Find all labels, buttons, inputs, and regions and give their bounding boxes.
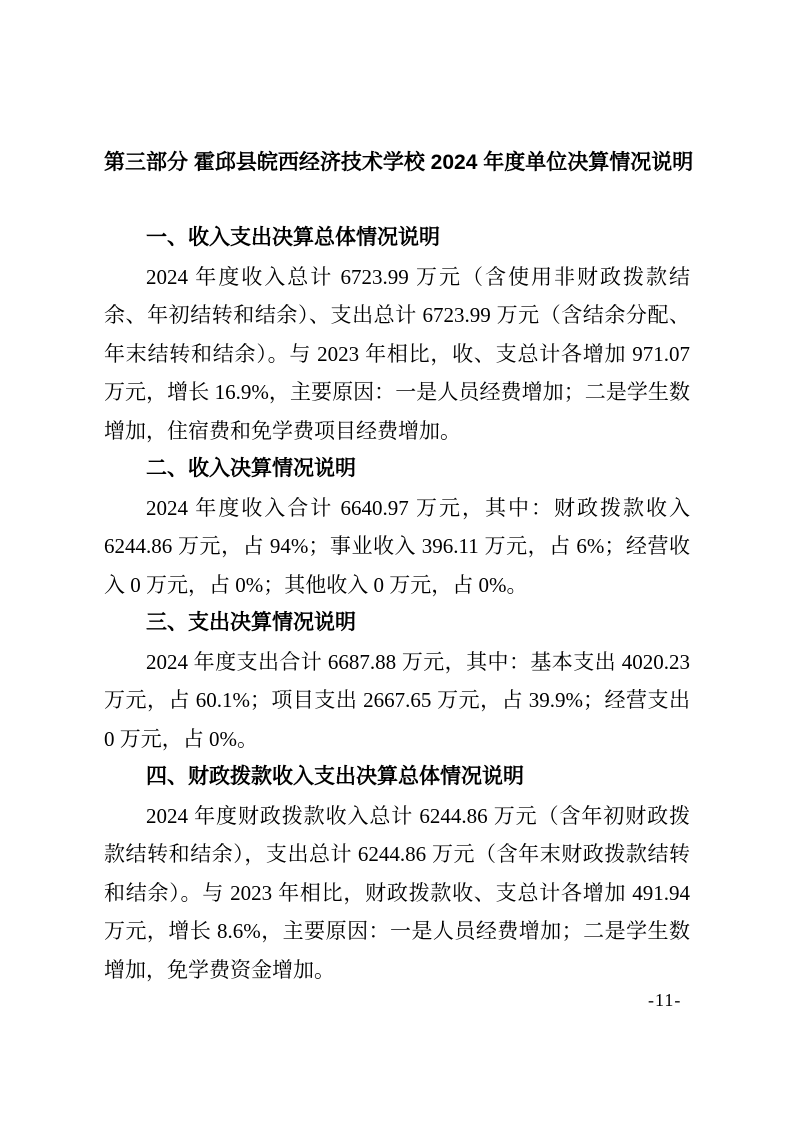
section-4-paragraph: 2024 年度财政拨款收入总计 6244.86 万元（含年初财政拨款结转和结余）… bbox=[104, 797, 690, 990]
section-2-paragraph: 2024 年度收入合计 6640.97 万元，其中：财政拨款收入 6244.86… bbox=[104, 489, 690, 605]
section-4-heading: 四、财政拨款收入支出决算总体情况说明 bbox=[104, 758, 690, 797]
section-2-heading: 二、收入决算情况说明 bbox=[104, 450, 690, 489]
section-3-heading: 三、支出决算情况说明 bbox=[104, 604, 690, 643]
document-body: 一、收入支出决算总体情况说明 2024 年度收入总计 6723.99 万元（含使… bbox=[104, 219, 690, 989]
section-3-paragraph: 2024 年度支出合计 6687.88 万元，其中：基本支出 4020.23 万… bbox=[104, 643, 690, 759]
page-number: -11- bbox=[648, 990, 681, 1010]
section-1-paragraph: 2024 年度收入总计 6723.99 万元（含使用非财政拨款结余、年初结转和结… bbox=[104, 258, 690, 451]
document-page: 第三部分 霍邱县皖西经济技术学校 2024 年度单位决算情况说明 一、收入支出决… bbox=[0, 0, 793, 1122]
section-1-heading: 一、收入支出决算总体情况说明 bbox=[104, 219, 690, 258]
document-title: 第三部分 霍邱县皖西经济技术学校 2024 年度单位决算情况说明 bbox=[104, 149, 690, 177]
